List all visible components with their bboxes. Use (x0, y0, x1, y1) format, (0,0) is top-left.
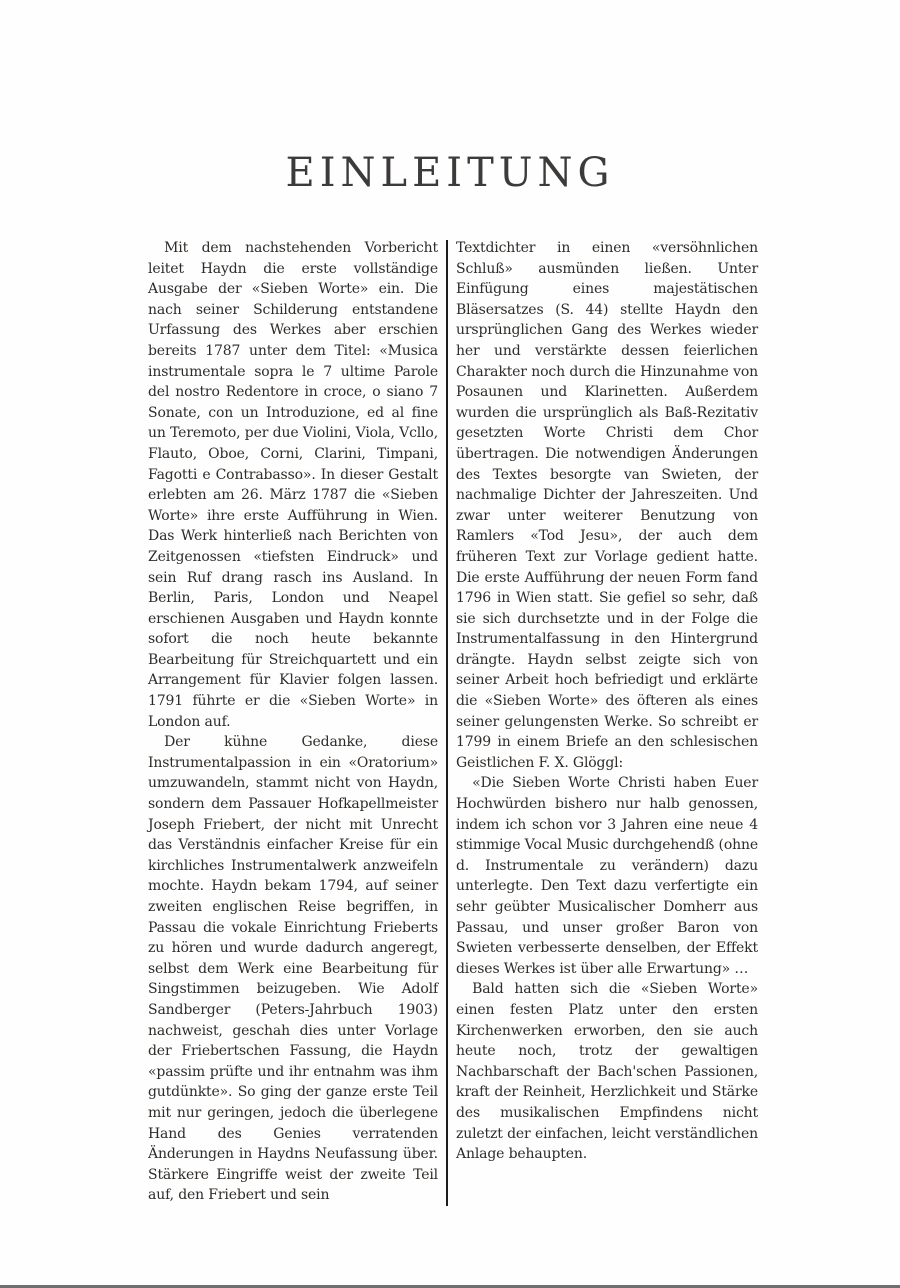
right-column: Textdichter in einen «versöhnlichen Schl… (456, 238, 758, 1206)
paragraph-right-2-quote: «Die Sieben Worte Christi haben Euer Hoc… (456, 773, 758, 979)
page-title: EINLEITUNG (0, 0, 900, 196)
text-block: Mit dem nachstehenden Vorbericht leitet … (148, 238, 758, 1206)
paragraph-right-3: Bald hatten sich die «Sieben Worte» eine… (456, 979, 758, 1164)
paragraph-right-1: Textdichter in einen «versöhnlichen Schl… (456, 238, 758, 773)
column-divider-rule (446, 240, 448, 1206)
paragraph-left-1: Mit dem nachstehenden Vorbericht leitet … (148, 238, 438, 732)
book-page: EINLEITUNG Mit dem nachstehenden Vorberi… (0, 0, 900, 1288)
paragraph-left-2: Der kühne Gedanke, diese Instrumentalpas… (148, 732, 438, 1206)
left-column: Mit dem nachstehenden Vorbericht leitet … (148, 238, 438, 1206)
